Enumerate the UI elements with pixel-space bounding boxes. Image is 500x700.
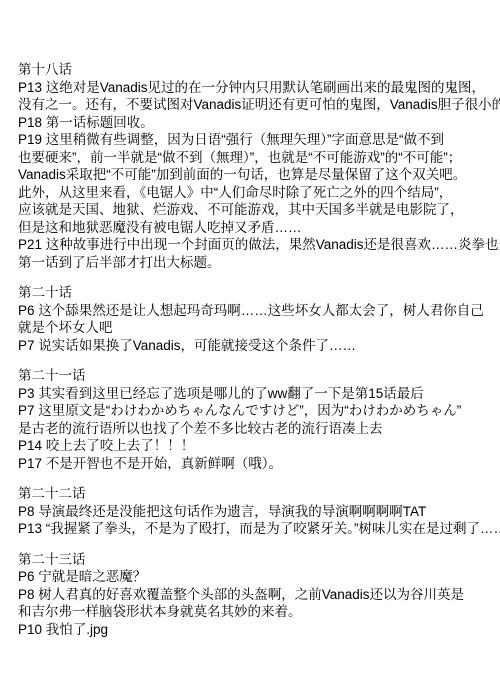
note-line: P6 这个舔果然还是让人想起玛奇玛啊……这些坏女人都太会了，树人君你自己 xyxy=(18,302,494,320)
note-line: P8 树人君真的好喜欢覆盖整个头部的头盔啊，之前Vanadis还以为谷川英是 xyxy=(18,586,494,604)
note-line: P13 这绝对是Vanadis见过的在一分钟内只用默认笔刷画出来的最鬼图的鬼图， xyxy=(18,79,494,97)
note-line: 但是这和地狱恶魔没有被电锯人吃掉又矛盾…… xyxy=(18,219,494,237)
note-line: P8 导演最终还是没能把这句话作为遗言，导演我的导演啊啊啊啊TAT xyxy=(18,503,494,521)
chapter-title: 第二十三话 xyxy=(18,551,494,569)
note-line: 应该就是天国、地狱、烂游戏、不可能游戏，其中天国多半就是电影院了， xyxy=(18,201,494,219)
note-line: P19 这里稍微有些调整，因为日语“强行（無理矢理）”字面意思是“做不到 xyxy=(18,131,494,149)
note-line: P13 “我握紧了拳头，不是为了殴打，而是为了咬紧牙关。”树味儿实在是过剩了…… xyxy=(18,520,494,538)
note-line: P7 说实话如果换了Vanadis，可能就接受这个条件了…… xyxy=(18,337,494,355)
note-line: P6 宁就是暗之恶魔？ xyxy=(18,568,494,586)
chapter-section: 第二十三话P6 宁就是暗之恶魔？P8 树人君真的好喜欢覆盖整个头部的头盔啊，之前… xyxy=(18,551,494,639)
note-line: 第一话到了后半部才打出大标题。 xyxy=(18,254,494,272)
note-line: P7 这里原文是“わけわかめちゃんなんですけど”，因为“わけわかめちゃん” xyxy=(18,402,494,420)
note-line: P17 不是开智也不是开始，真新鲜啊（哦）。 xyxy=(18,455,494,473)
note-line: 没有之一。还有，不要试图对Vanadis证明还有更可怕的鬼图，Vanadis胆子… xyxy=(18,96,494,114)
note-line: P14 咬上去了咬上去了！！！ xyxy=(18,437,494,455)
chapter-title: 第十八话 xyxy=(18,61,494,79)
note-line: 就是个坏女人吧 xyxy=(18,319,494,337)
translation-notes-document: 第十八话P13 这绝对是Vanadis见过的在一分钟内只用默认笔刷画出来的最鬼图… xyxy=(0,0,500,700)
note-line: P3 其实看到这里已经忘了选项是哪儿的了ww翻了一下是第15话最后 xyxy=(18,385,494,403)
chapter-section: 第二十二话P8 导演最终还是没能把这句话作为遗言，导演我的导演啊啊啊啊TATP1… xyxy=(18,485,494,538)
chapter-title: 第二十二话 xyxy=(18,485,494,503)
note-line: P10 我怕了.jpg xyxy=(18,621,494,639)
note-line: Vanadis采取把“不可能”加到前面的一句话，也算是尽量保留了这个双关吧。 xyxy=(18,166,494,184)
chapter-title: 第二十一话 xyxy=(18,367,494,385)
chapter-title: 第二十话 xyxy=(18,284,494,302)
chapter-section: 第二十一话P3 其实看到这里已经忘了选项是哪儿的了ww翻了一下是第15话最后P7… xyxy=(18,367,494,472)
note-line: 是古老的流行语所以也找了个差不多比较古老的流行语凑上去 xyxy=(18,420,494,438)
chapter-section: 第二十话P6 这个舔果然还是让人想起玛奇玛啊……这些坏女人都太会了，树人君你自己… xyxy=(18,284,494,354)
note-line: P18 第一话标题回收。 xyxy=(18,114,494,132)
note-line: 此外，从这里来看，《电锯人》中“人们命尽时除了死亡之外的四个结局”， xyxy=(18,184,494,202)
note-line: P21 这种故事进行中出现一个封面页的做法，果然Vanadis还是很喜欢……炎拳… xyxy=(18,236,494,254)
chapter-section: 第十八话P13 这绝对是Vanadis见过的在一分钟内只用默认笔刷画出来的最鬼图… xyxy=(18,61,494,271)
sections-container: 第十八话P13 这绝对是Vanadis见过的在一分钟内只用默认笔刷画出来的最鬼图… xyxy=(18,61,494,638)
note-line: 也要硬来”，前一半就是“做不到（無理）”，也就是“不可能游戏”的“不可能”； xyxy=(18,149,494,167)
note-line: 和吉尔弗一样脑袋形状本身就莫名其妙的来着。 xyxy=(18,603,494,621)
